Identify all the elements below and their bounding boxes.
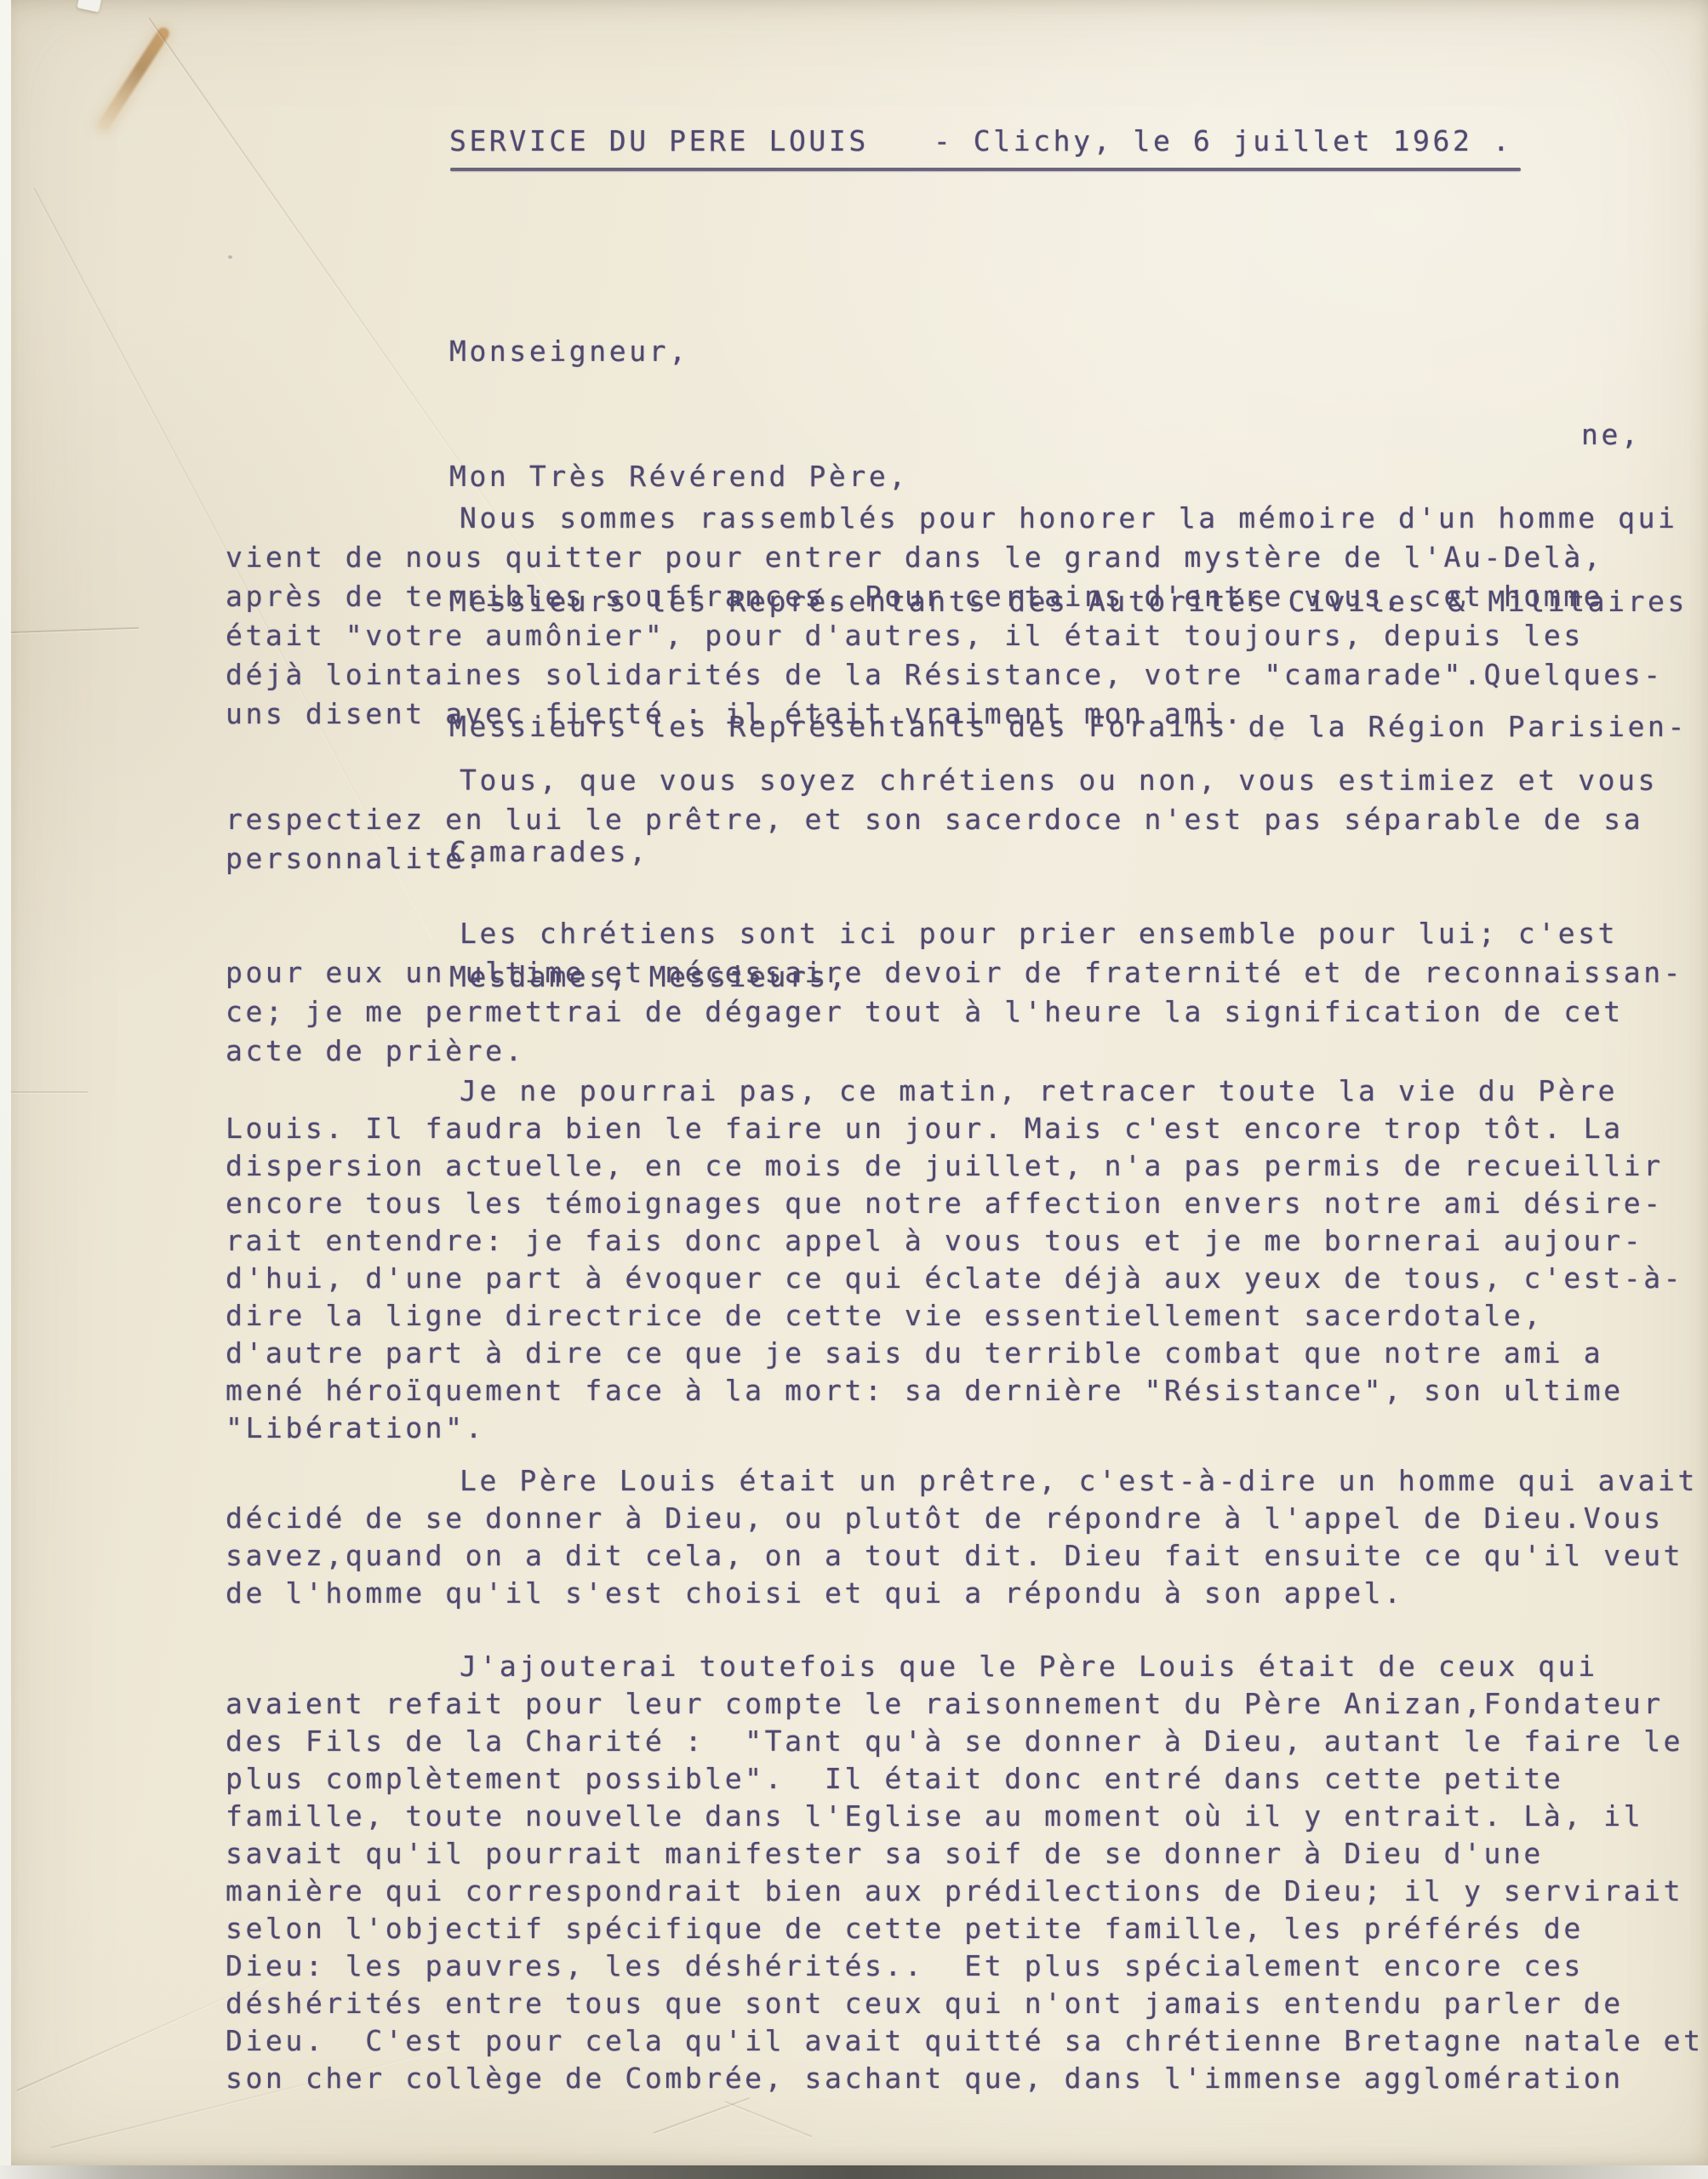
scan-edge-bottom bbox=[0, 2165, 1708, 2179]
paragraph: Tous, que vous soyez chrétiens ou non, v… bbox=[226, 761, 1708, 878]
scan-edge-left bbox=[0, 0, 11, 2179]
letter-scan: SERVICE DU PERE LOUIS - Clichy, le 6 jui… bbox=[0, 0, 1708, 2179]
salutation-carryover: ne, bbox=[1581, 414, 1641, 455]
salutation-line: Mon Très Révérend Père, bbox=[449, 455, 1688, 497]
paragraph: Je ne pourrai pas, ce matin, retracer to… bbox=[226, 1072, 1708, 1447]
paragraph: J'ajouterai toutefois que le Père Louis … bbox=[226, 1648, 1708, 2097]
paragraph: Les chrétiens sont ici pour prier ensemb… bbox=[226, 914, 1708, 1071]
heading-title: SERVICE DU PERE LOUIS bbox=[449, 124, 869, 158]
heading-dateline: - Clichy, le 6 juillet 1962 . bbox=[934, 124, 1513, 158]
ink-speck bbox=[228, 255, 232, 259]
heading-underline bbox=[450, 168, 1521, 171]
letter-heading: SERVICE DU PERE LOUIS - Clichy, le 6 jui… bbox=[449, 124, 1512, 158]
salutation-line: Monseigneur, bbox=[449, 330, 1688, 372]
paragraph: Le Père Louis était un prêtre, c'est-à-d… bbox=[226, 1462, 1708, 1612]
paragraph: Nous sommes rassemblés pour honorer la m… bbox=[226, 499, 1708, 734]
